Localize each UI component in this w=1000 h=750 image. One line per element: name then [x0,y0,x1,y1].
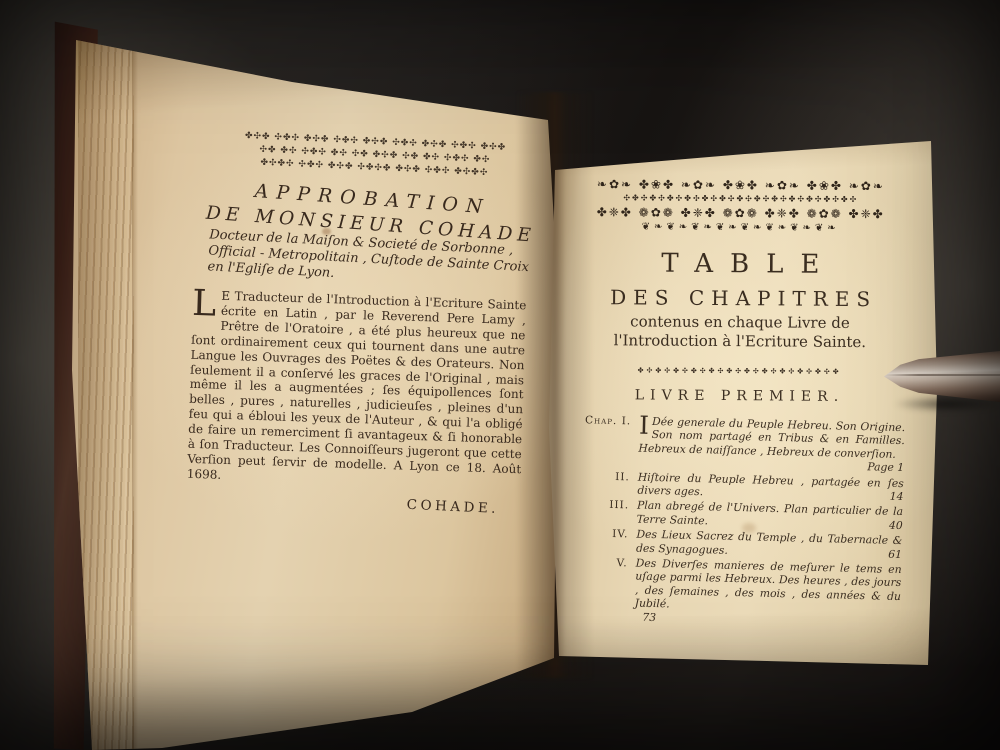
fleuron-band-icon: ❦❧❦❧❦❧❦❧❦❧❦❧❦❧❦❧ [575,220,907,236]
chapter-text: Hiſtoire du Peuple Hebreu , partagée en … [637,470,904,503]
chapter-title-text: Dée generale du Peuple Hebreu. Son Origi… [638,415,905,461]
dropcap-letter: L [192,287,222,318]
chapter-number: II. [571,469,638,497]
chapter-text: Des Lieux Sacrez du Temple , du Tabernac… [636,528,903,561]
livre-premier-heading: LIVRE PREMIER. [573,387,905,405]
pen-seam-line [884,374,1000,376]
table-title: TABLE [574,248,906,280]
des-chapitres-title: DES CHAPITRES [574,285,906,311]
chapter-title-text: Hiſtoire du Peuple Hebreu , partagée en … [637,470,904,498]
chapter-entry: Chap. I. IDée generale du Peuple Hebreu.… [572,413,905,475]
chapter-text: Des Diverſes manieres de meſurer le tems… [634,557,902,631]
fleuron-rule-icon: ✤✣✤✣✤✣✤✣✤✣✤✣✤✣✤✣✤✣✤✣✤✣✤ [574,366,906,376]
subtitle-line: contenus en chaque Livre de [574,312,906,333]
chapter-text: Plan abregé de l'Univers. Plan particuli… [637,499,904,532]
chapter-text: IDée generale du Peuple Hebreu. Son Orig… [638,415,905,475]
approbation-body-paragraph: LE Traducteur de l'Introduction à l'Ecri… [187,287,527,491]
chapter-number: V. [568,555,636,624]
chapter-page-number: 14 [881,490,903,504]
chapter-title-text: Plan abregé de l'Univers. Plan particuli… [637,499,904,527]
chapter-number: IV. [570,526,637,554]
chapter-number: III. [571,497,638,525]
chapter-list: Chap. I. IDée generale du Peuple Hebreu.… [568,413,905,630]
headpiece-ornament: ❧✿❧ ✤❀✤ ❧✿❧ ✤❀✤ ❧✿❧ ✤❀✤ ❧✿❧ ✣✤✣✤✣✤✣✤✣✤✣✤… [575,176,907,236]
chapter-page-number: 61 [880,547,902,561]
photo-open-antique-book: ✤✣✤ ✣✤✣ ✤✣✤ ✣✤✣ ✤✣✤ ✣✤✣ ✤✣✤ ✣✤✣ ✤✣✤ ✣✤ ✤… [0,0,1000,750]
chapter-page-number: Page 1 [859,460,904,474]
chapter-page-number: 40 [881,518,903,532]
chapter-title-text: Des Lieux Sacrez du Temple , du Tabernac… [636,528,903,557]
chapter-number: Chap. I. [572,413,639,468]
chapter-title-text: Des Diverſes manieres de meſurer le tems… [635,557,902,611]
left-page-text: ✤✣✤ ✣✤✣ ✤✣✤ ✣✤✣ ✤✣✤ ✣✤✣ ✤✣✤ ✣✤✣ ✤✣✤ ✣✤ ✤… [183,128,552,519]
chapter-dropcap: I [639,415,652,437]
subtitle-line: l'Introduction à l'Ecriture Sainte. [574,330,906,351]
fleuron-band-icon: ✤❈✤ ❁✿❁ ✤❈✤ ❁✿❁ ✤❈✤ ❁✿❁ ✤❈✤ [575,204,907,222]
body-text: E Traducteur de l'Introduction à l'Ecrit… [187,288,527,481]
right-page-text: ❧✿❧ ✤❀✤ ❧✿❧ ✤❀✤ ❧✿❧ ✤❀✤ ❧✿❧ ✣✤✣✤✣✤✣✤✣✤✣✤… [572,176,907,626]
chapter-entry: V. Des Diverſes manieres de meſurer le t… [568,555,902,630]
table-subtitle: contenus en chaque Livre de l'Introducti… [574,312,906,351]
